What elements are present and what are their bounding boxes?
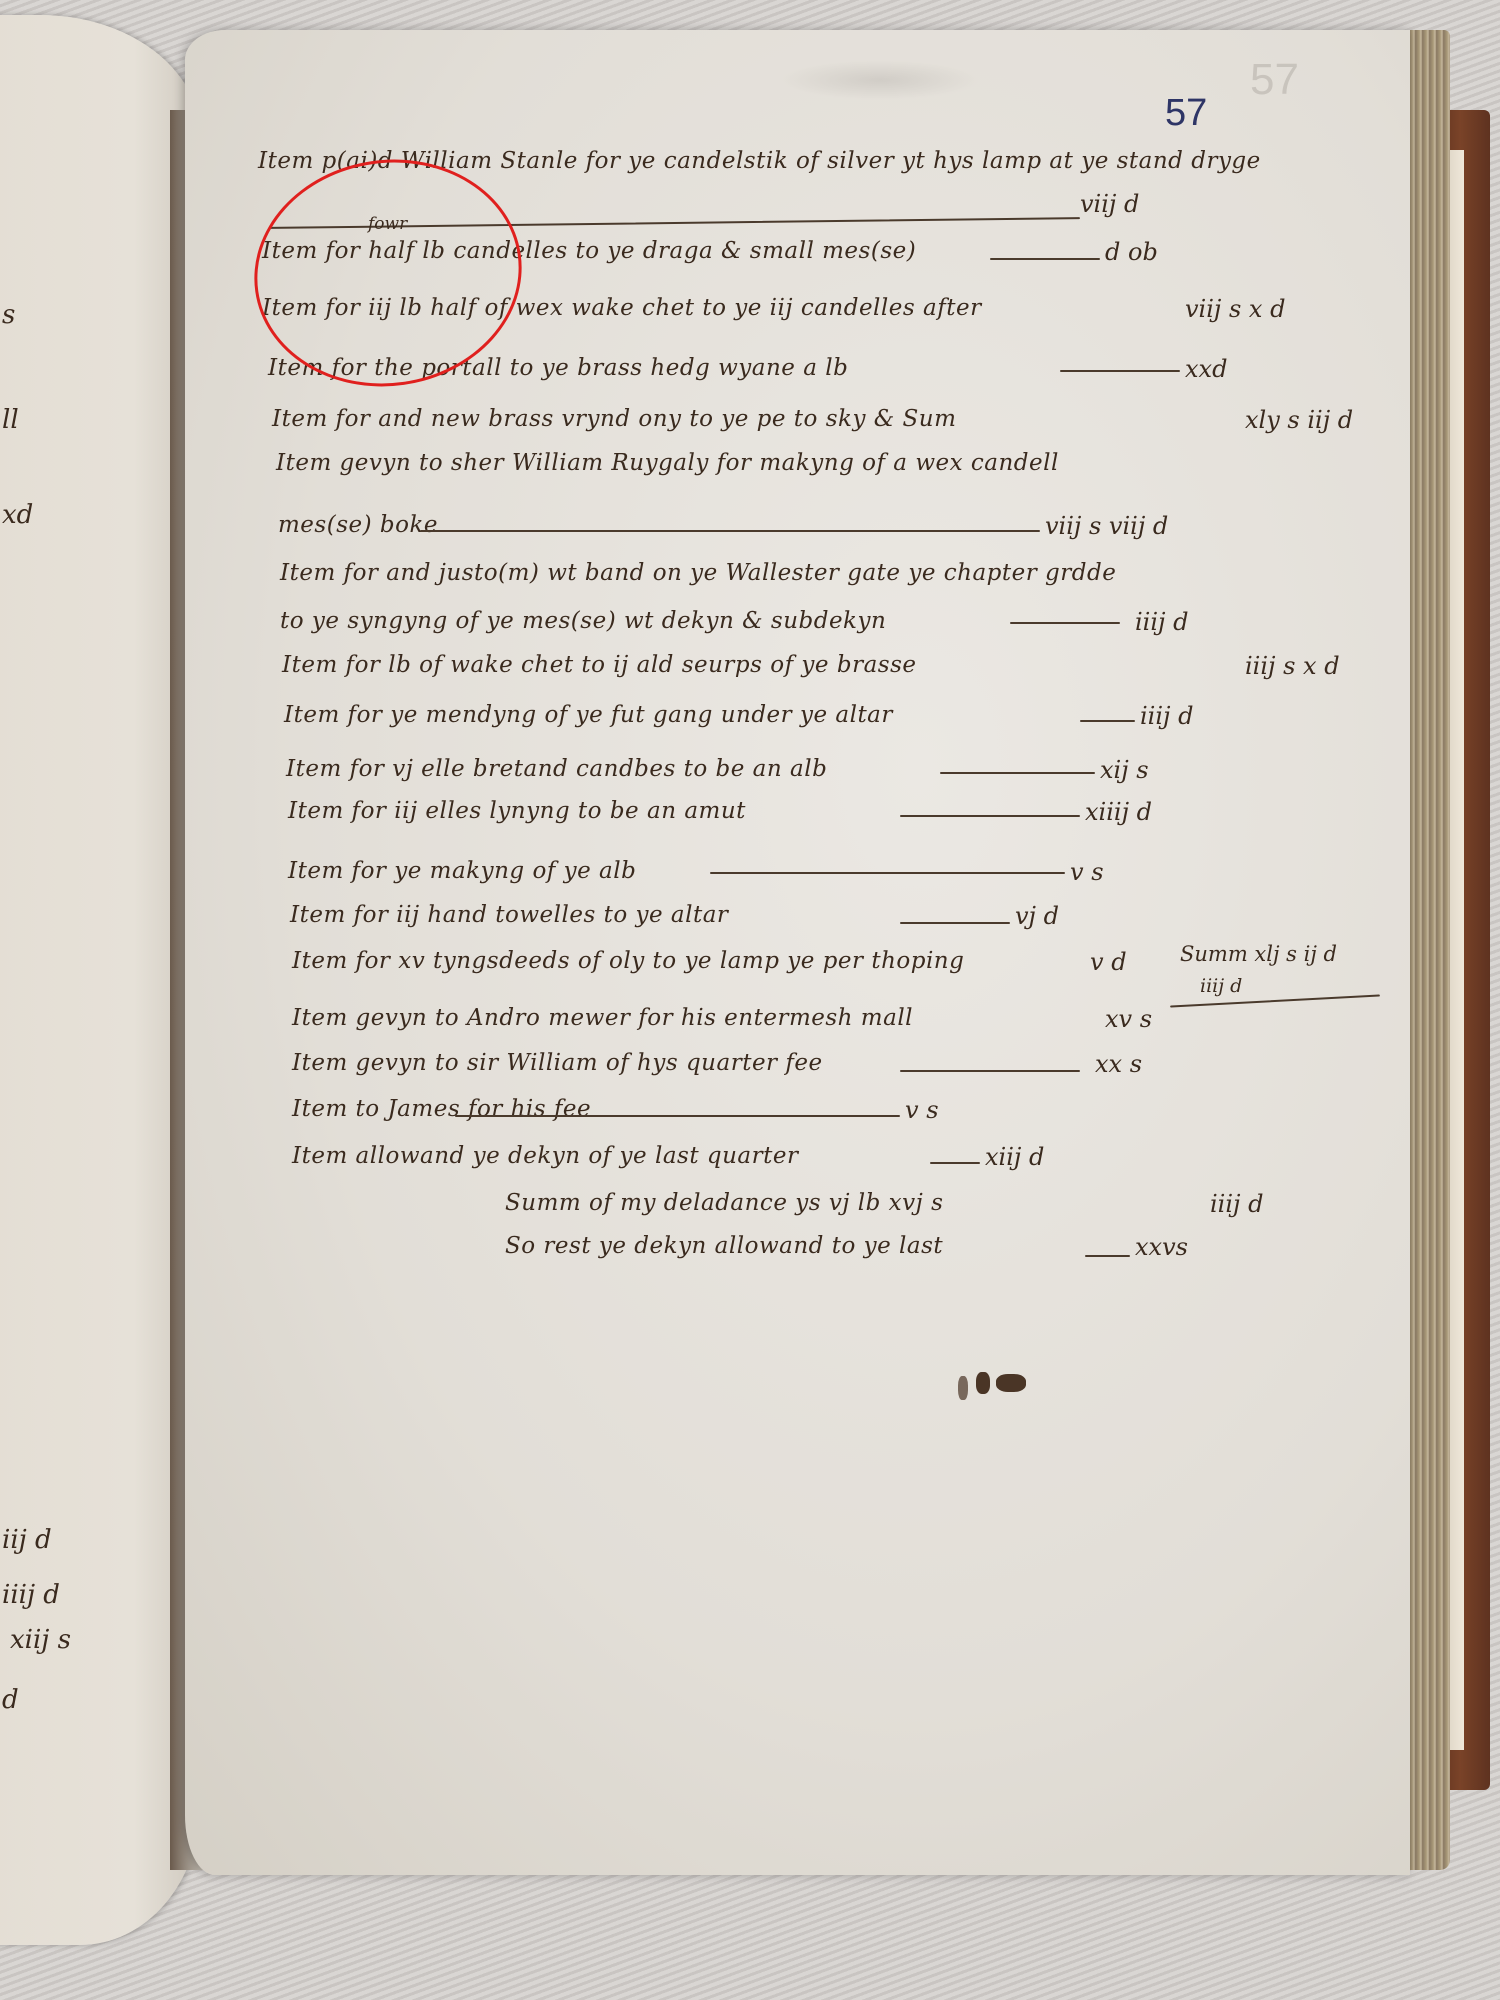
manuscript-line: Item for iij elles lynyng to be an amut bbox=[288, 798, 746, 824]
manuscript-line: Item for ye makyng of ye alb bbox=[288, 858, 636, 884]
ruling-line bbox=[455, 1115, 900, 1117]
manuscript-line: Item to James for his fee bbox=[292, 1096, 591, 1122]
line-amount: viij d bbox=[1080, 190, 1139, 218]
manuscript-line: Item for and justo(m) wt band on ye Wall… bbox=[280, 560, 1116, 586]
line-amount: xv s bbox=[1105, 1005, 1152, 1033]
ruling-line bbox=[1085, 1255, 1130, 1257]
manuscript-line: Item for vj elle bretand candbes to be a… bbox=[286, 756, 827, 782]
summary-line: So rest ye dekyn allowand to ye last bbox=[505, 1233, 943, 1259]
line-amount: d ob bbox=[1105, 238, 1158, 266]
left-fragment: iij d bbox=[2, 1525, 52, 1555]
summary-amount: xxvs bbox=[1135, 1233, 1188, 1261]
manuscript-line: Item for lb of wake chet to ij ald seurp… bbox=[282, 652, 917, 678]
faint-pencil-marks bbox=[780, 60, 980, 100]
line-amount: iiij s x d bbox=[1245, 652, 1340, 680]
line-amount: xxd bbox=[1185, 355, 1227, 383]
ruling-line bbox=[930, 1162, 980, 1164]
line-amount: xx s bbox=[1095, 1050, 1142, 1078]
line-amount: iiij d bbox=[1135, 608, 1188, 636]
manuscript-line: Item for and new brass vrynd ony to ye p… bbox=[272, 406, 956, 432]
left-fragment: iiij d bbox=[2, 1580, 60, 1610]
line-amount: v s bbox=[1070, 858, 1104, 886]
ink-blot bbox=[958, 1368, 1028, 1402]
ruling-line bbox=[1060, 370, 1180, 372]
left-fragment: d bbox=[2, 1685, 19, 1715]
ruling-line bbox=[1080, 720, 1135, 722]
line-amount: viij s x d bbox=[1185, 295, 1285, 323]
manuscript-line: Item for ye mendyng of ye fut gang under… bbox=[284, 702, 893, 728]
line-amount: v s bbox=[905, 1096, 939, 1124]
margin-sum-sub: iiij d bbox=[1200, 975, 1242, 997]
ruling-line bbox=[900, 922, 1010, 924]
line-amount: viij s viij d bbox=[1045, 512, 1168, 540]
ruling-line bbox=[940, 772, 1095, 774]
line-amount: iiij d bbox=[1140, 702, 1193, 730]
ruling-line bbox=[990, 258, 1100, 260]
line-amount: vj d bbox=[1015, 902, 1059, 930]
summary-line: Summ of my deladance ys vj lb xvj s bbox=[505, 1190, 943, 1216]
pencil-folio-number: 57 bbox=[1250, 55, 1299, 105]
ruling-line bbox=[420, 530, 1040, 532]
line-amount: xly s iij d bbox=[1245, 406, 1353, 434]
line-amount: xiij d bbox=[985, 1143, 1044, 1171]
line-amount: v d bbox=[1090, 948, 1127, 976]
ruling-line bbox=[900, 1070, 1080, 1072]
left-fragment: xd bbox=[2, 500, 33, 530]
ruling-line bbox=[1010, 622, 1120, 624]
manuscript-line: mes(se) boke bbox=[278, 512, 438, 538]
ruling-line bbox=[900, 815, 1080, 817]
manuscript-line: Item gevyn to sir William of hys quarter… bbox=[292, 1050, 823, 1076]
margin-sum: Summ xlj s ij d bbox=[1180, 942, 1337, 966]
manuscript-line: Item allowand ye dekyn of ye last quarte… bbox=[292, 1143, 799, 1169]
manuscript-line: Item for iij hand towelles to ye altar bbox=[290, 902, 728, 928]
manuscript-line: to ye syngyng of ye mes(se) wt dekyn & s… bbox=[280, 608, 886, 634]
left-fragment: xiij s bbox=[10, 1625, 71, 1655]
left-fragment: s bbox=[2, 300, 15, 330]
manuscript-line: Item for xv tyngsdeeds of oly to ye lamp… bbox=[292, 948, 964, 974]
manuscript-line: Item gevyn to Andro mewer for his enterm… bbox=[292, 1005, 913, 1031]
manuscript-line: Item gevyn to sher William Ruygaly for m… bbox=[276, 450, 1059, 476]
summary-amount: iiij d bbox=[1210, 1190, 1263, 1218]
ruling-line bbox=[710, 872, 1065, 874]
line-amount: xiiij d bbox=[1085, 798, 1152, 826]
left-fragment: ll bbox=[2, 405, 19, 435]
folio-number: 57 bbox=[1165, 92, 1207, 135]
line-amount: xij s bbox=[1100, 756, 1149, 784]
